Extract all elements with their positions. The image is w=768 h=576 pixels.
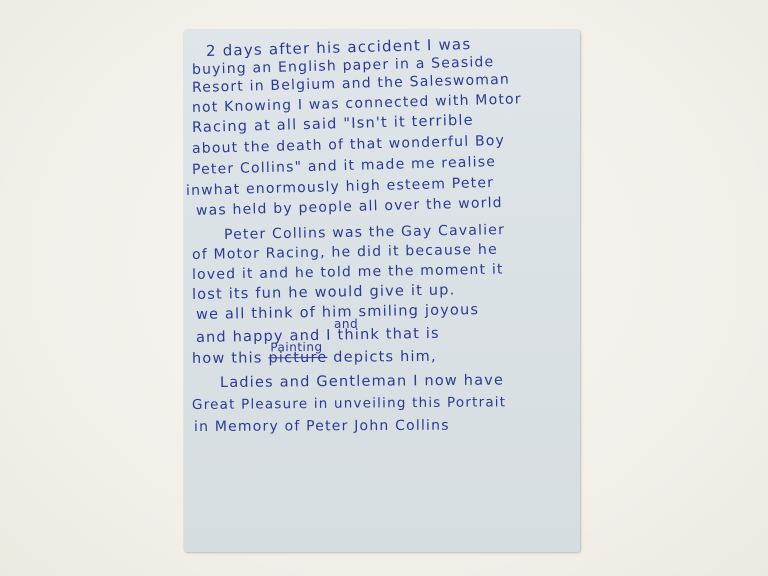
handwritten-note-card: 2 days after his accident I was buying a… <box>184 30 580 552</box>
note-line-13: lost its fun he would give it up. <box>192 281 456 304</box>
note-line-12: loved it and he told me the moment it <box>192 261 504 284</box>
struck-word-picture: Paintingpicture <box>268 350 327 367</box>
note-line-correction: how this Paintingpicture depicts him, <box>192 348 437 368</box>
note-line-16: Ladies and Gentleman I now have <box>220 372 504 392</box>
inserted-word-painting: Painting <box>270 338 322 356</box>
correction-after: depicts him, <box>327 349 436 366</box>
note-line-18: in Memory of Peter John Collins <box>194 417 450 436</box>
note-line-17: Great Pleasure in unveiling this Portrai… <box>192 393 506 414</box>
correction-before: how this <box>192 350 269 367</box>
